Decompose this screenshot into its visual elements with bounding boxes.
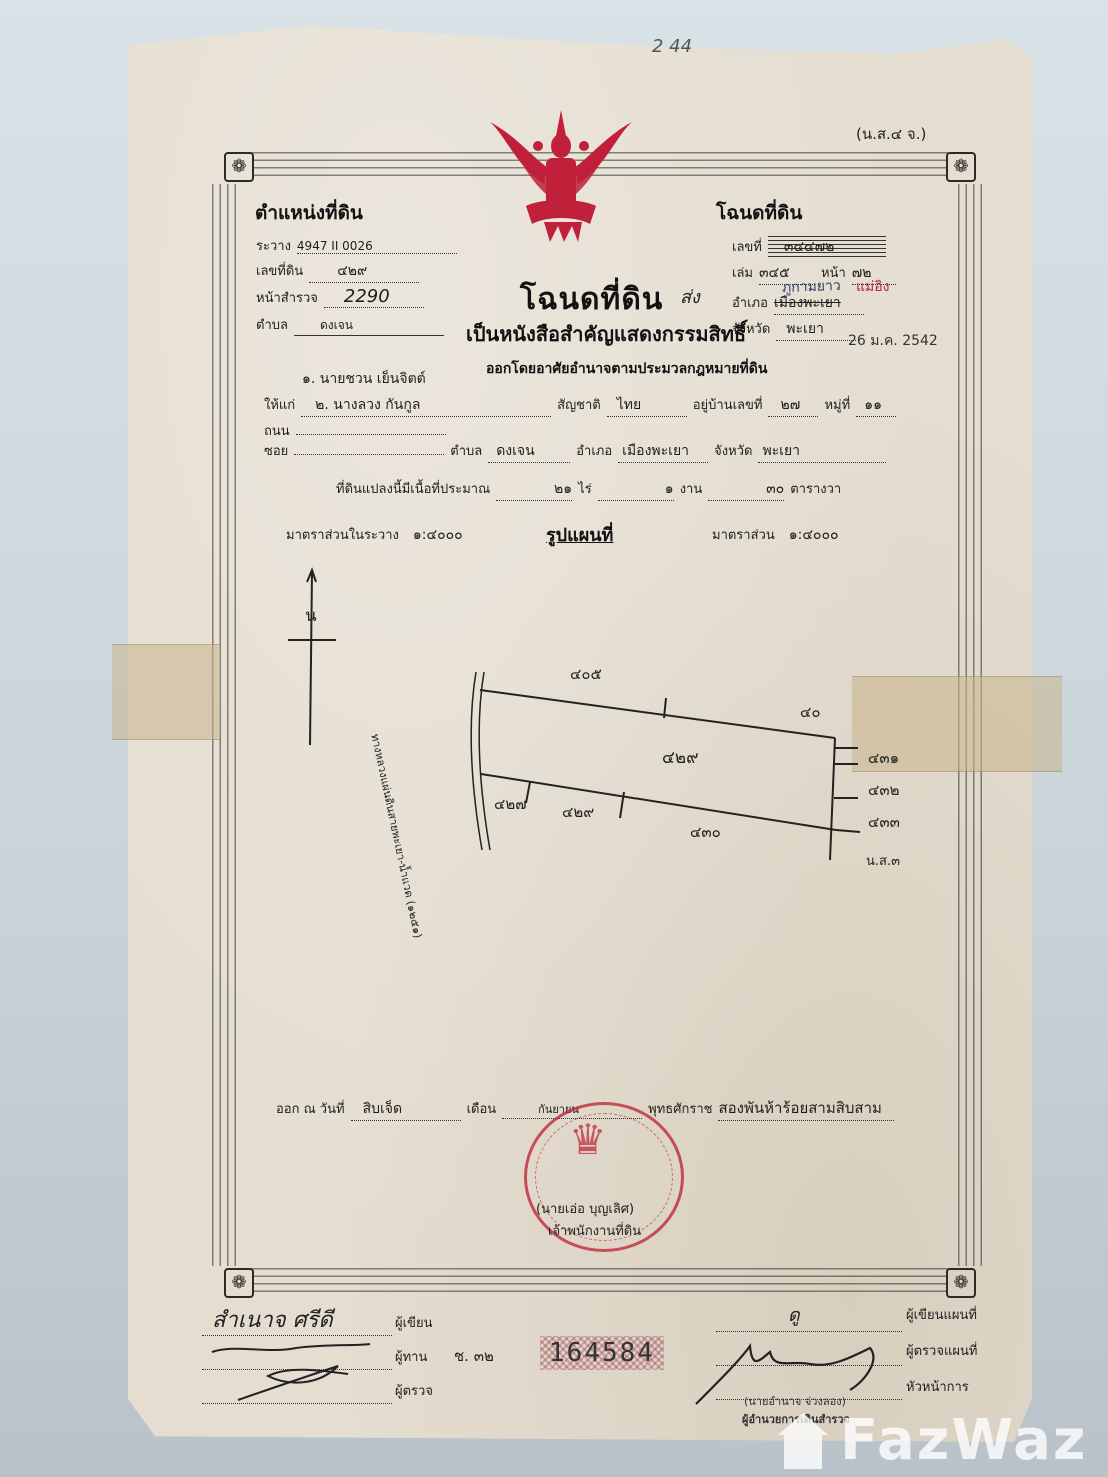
brand-watermark: FazWaz — [778, 1408, 1088, 1473]
deed-heading: โฉนดที่ดิน — [716, 198, 802, 228]
neighbor-parcel-label: ๔๓๐ — [690, 820, 721, 844]
location-heading: ตำแหน่งที่ดิน — [255, 198, 363, 228]
neighbor-parcel-label: ๔๓๑ — [868, 746, 899, 770]
main-parcel-label: ๔๒๙ — [662, 744, 699, 771]
map-writer-line — [716, 1318, 902, 1332]
garuda-emblem-icon — [486, 106, 636, 246]
map-scale: มาตราส่วน ๑:๔๐๐๐ — [712, 524, 839, 546]
field-survey-page: หน้าสำรวจ 2290 — [256, 286, 424, 308]
issuance-authority: ออกโดยอาศัยอำนาจตามประมวลกฎหมายที่ดิน — [486, 358, 767, 380]
field-subdistrict: ตำบล ดงเจน — [256, 314, 444, 336]
side-mark: ส่ง — [680, 282, 700, 311]
neighbor-parcel-label: ๔๐ — [800, 700, 821, 724]
map-checker-label: ผู้ตรวจแผนที่ — [906, 1340, 977, 1361]
address-row: ซอย ตำบล ดงเจน อำเภอ เมืองพะเยา จังหวัด … — [264, 440, 886, 463]
checker-line — [202, 1390, 392, 1404]
brand-watermark-text: FazWaz — [840, 1408, 1088, 1473]
writer-line — [202, 1322, 392, 1336]
serial-number: 164584 — [540, 1336, 664, 1370]
field-map-sheet: ระวาง 4947 II 0026 — [256, 235, 457, 256]
serial-prefix: ช. ๓๒ — [454, 1344, 494, 1368]
field-deed-number: เลขที่ ๓๔๔๗๒ — [732, 236, 886, 258]
officer-name: (นายเอ่อ บุญเลิศ) — [536, 1198, 634, 1219]
page-number-note: 2 44 — [652, 36, 692, 57]
north-arrow-label: น — [305, 602, 317, 629]
map-section-title: รูปแผนที่ — [546, 520, 613, 549]
neighbor-parcel-label: ๔๒๗ — [494, 792, 527, 816]
corner-ornament-icon: ❁ — [224, 152, 254, 182]
chief-label: หัวหน้าการ — [906, 1376, 969, 1397]
date-stamp: 26 ม.ค. 2542 — [848, 330, 938, 352]
corner-ornament-icon: ❁ — [946, 1268, 976, 1298]
corner-ornament-icon: ❁ — [224, 1268, 254, 1298]
officer-title: เจ้าพนักงานที่ดิน — [548, 1220, 641, 1241]
owner-1: ๑. นายชวน เย็นจิตต์ — [302, 368, 426, 390]
neighbor-parcel-label: ๔๐๕ — [570, 662, 602, 686]
neighbor-parcel-label: ๔๓๒ — [868, 778, 900, 802]
map-writer-label: ผู้เขียนแผนที่ — [906, 1304, 977, 1325]
area-row: ที่ดินแปลงนี้มีเนื้อที่ประมาณ ๒๑ ไร่ ๑ ง… — [336, 478, 841, 501]
field-district: อำเภอ เมืองพะเยา — [732, 292, 864, 315]
corner-ornament-icon: ❁ — [946, 152, 976, 182]
reader-label: ผู้ทาน — [395, 1346, 427, 1367]
sheet-scale: มาตราส่วนในระวาง ๑:๔๐๐๐ — [286, 524, 463, 546]
map-footnote: น.ส.๓ — [866, 850, 900, 871]
document-title: โฉนดที่ดิน — [520, 276, 663, 323]
neighbor-parcel-label: ๔๒๙ — [562, 800, 594, 824]
form-code: (น.ส.๔ จ.) — [856, 122, 926, 146]
road-row: ถนน — [264, 420, 446, 441]
tape-strip-left — [112, 644, 220, 740]
field-parcel-number: เลขที่ดิน ๔๒๙ — [256, 260, 419, 283]
neighbor-parcel-label: ๔๓๓ — [868, 810, 900, 834]
document-subtitle: เป็นหนังสือสำคัญแสดงกรรมสิทธิ์ — [466, 318, 746, 350]
owner-2-row: ให้แก่ ๒. นางลวง กันกูล สัญชาติ ไทย อยู่… — [264, 394, 896, 417]
seal-emblem-icon: ♛ — [569, 1115, 607, 1164]
field-province: จังหวัด พะเยา — [732, 318, 856, 341]
checker-label: ผู้ตรวจ — [395, 1380, 433, 1401]
writer-label: ผู้เขียน — [395, 1312, 432, 1333]
border-text-bottom — [252, 1268, 948, 1298]
house-logo-icon — [778, 1413, 828, 1469]
